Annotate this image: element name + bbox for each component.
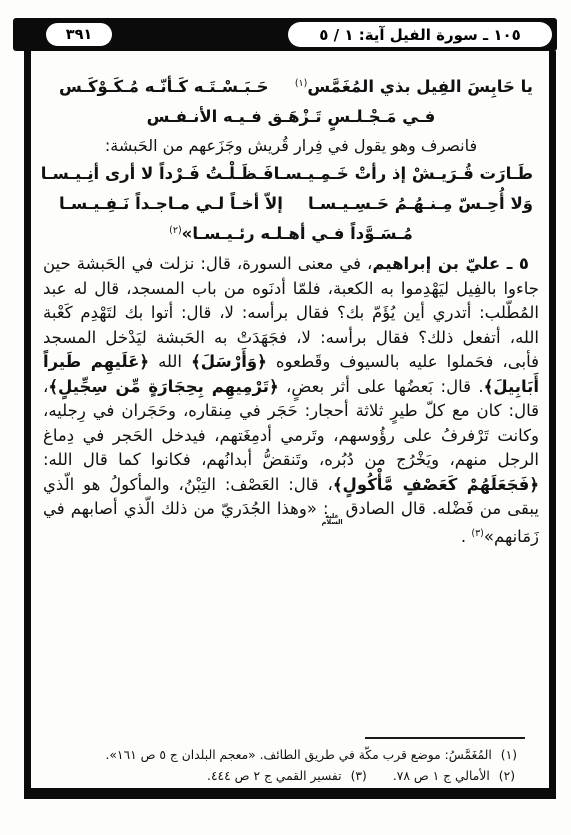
footnote-block: (١) المُغَمَّسُ: موضع قرب مكّة في طريق ا… — [43, 737, 539, 785]
text-segment: . — [461, 527, 472, 546]
poetry-verse-2: فـي مَـجْـلـسٍ تَـزْهَـق فـيـه الأنـفـس — [43, 102, 539, 132]
prose-intro-line: فانصرف وهو يقول في فِرار قُريش وجَزَعهم … — [43, 132, 539, 159]
page-number: ٣٩١ — [66, 27, 93, 43]
text-segment: الله — [149, 352, 191, 371]
page-header-bar: ٣٩١ ١٠٥ ـ سورة الفيل آية: ١ / ٥ — [13, 18, 557, 51]
poetry-block-bottom: طَـارَت قُـرَيـشْ إذ رأتْ خَـمِـيـسـا فَ… — [43, 159, 539, 249]
poetry-verse-1: يا حَابِسَ الفِيل بذي المُغَمَّس(١) حَـب… — [43, 72, 539, 102]
poetry-verse-5: مُـسَـوَّداً فـي أهـلـه رئـيـسـا»(٢) — [43, 219, 539, 249]
honorific-symbol: عليهالسلام — [329, 513, 346, 525]
hemistich-text: مُـسَـوَّداً فـي أهـلـه رئـيـسـا» — [182, 224, 413, 243]
text-segment: . قال: بَعضُها على أثر بعضٍ، — [279, 377, 484, 396]
content-frame: يا حَابِسَ الفِيل بذي المُغَمَّس(١) حَـب… — [24, 51, 556, 799]
surah-header-badge: ١٠٥ ـ سورة الفيل آية: ١ / ٥ — [288, 22, 552, 47]
main-paragraph: ٥ ـ عليّ بن إبراهيم، في معنى السورة، قال… — [43, 252, 539, 550]
footnotes: (١) المُغَمَّسُ: موضع قرب مكّة في طريق ا… — [43, 746, 539, 785]
footnote-marker: (٣) — [351, 767, 367, 785]
hemistich-left: حَـبَـسْـتَـه كَـأنّـه مُـكَـوْكَـس — [59, 72, 268, 102]
surah-header-title: ١٠٥ ـ سورة الفيل آية: ١ / ٥ — [319, 26, 521, 44]
footnote-3: (٣) تفسير القمي ج ٢ ص ٤٤٤. — [207, 767, 367, 785]
hemistich-right: طَـارَت قُـرَيـشْ إذ رأتْ خَـمِـيـسـا — [274, 159, 533, 189]
hemistich-right: يا حَابِسَ الفِيل بذي المُغَمَّس(١) — [295, 72, 533, 102]
poetry-block-top: يا حَابِسَ الفِيل بذي المُغَمَّس(١) حَـب… — [43, 72, 539, 132]
footnote-1: (١) المُغَمَّسُ: موضع قرب مكّة في طريق ا… — [43, 746, 539, 764]
page-content: يا حَابِسَ الفِيل بذي المُغَمَّس(١) حَـب… — [31, 51, 549, 788]
footnote-ref-3: (٣) — [471, 528, 484, 539]
footnote-text: تفسير القمي ج ٢ ص ٤٤٤. — [207, 767, 342, 785]
footnote-2: (٢) الأمالي ج ١ ص ٧٨. — [393, 767, 515, 785]
footnote-marker: (١) — [501, 746, 517, 764]
footnote-ref-2: (٢) — [169, 225, 182, 236]
footnote-ref-1: (١) — [295, 78, 308, 89]
hemistich-left: إلاّ أخـاً لـي مـاجـداً نَـفِـيـسـا — [59, 189, 283, 219]
page-number-badge: ٣٩١ — [46, 23, 112, 46]
poetry-verse-4: وَلا أُحِـسّ مِـنـهُـمُ حَـسِـيـسـا إلاّ… — [43, 189, 539, 219]
footnote-text: الأمالي ج ١ ص ٧٨. — [393, 767, 490, 785]
footnote-marker: (٢) — [499, 767, 515, 785]
hemistich-right: وَلا أُحِـسّ مِـنـهُـمُ حَـسِـيـسـا — [308, 189, 533, 219]
emphasis-segment: ﴿وَأَرْسَلَ﴾ — [191, 352, 267, 371]
book-page-scan: ٣٩١ ١٠٥ ـ سورة الفيل آية: ١ / ٥ يا حَابِ… — [0, 0, 571, 835]
hemistich-text: يا حَابِسَ الفِيل بذي المُغَمَّس — [307, 77, 533, 96]
poetry-verse-3: طَـارَت قُـرَيـشْ إذ رأتْ خَـمِـيـسـا فَ… — [43, 159, 539, 189]
emphasis-segment: ٥ ـ عليّ بن إبراهيم — [372, 254, 529, 273]
emphasis-segment: ﴿فَجَعَلَهُمْ كَعَصْفٍ مَّأْكُولٍ﴾ — [333, 475, 539, 494]
emphasis-segment: ﴿تَرْمِيهِم بِحِجَارَةٍ مِّن سِجِّيلٍ﴾ — [48, 377, 278, 396]
footnote-row-2: (٢) الأمالي ج ١ ص ٧٨. (٣) تفسير القمي ج … — [43, 765, 539, 785]
footnote-text: المُغَمَّسُ: موضع قرب مكّة في طريق الطائ… — [105, 746, 491, 764]
footnote-separator-line — [365, 737, 525, 739]
hemistich-left: فَـظَـلْـتُ فَـرْداً لا أرى أنِـيـسـا — [41, 159, 274, 189]
